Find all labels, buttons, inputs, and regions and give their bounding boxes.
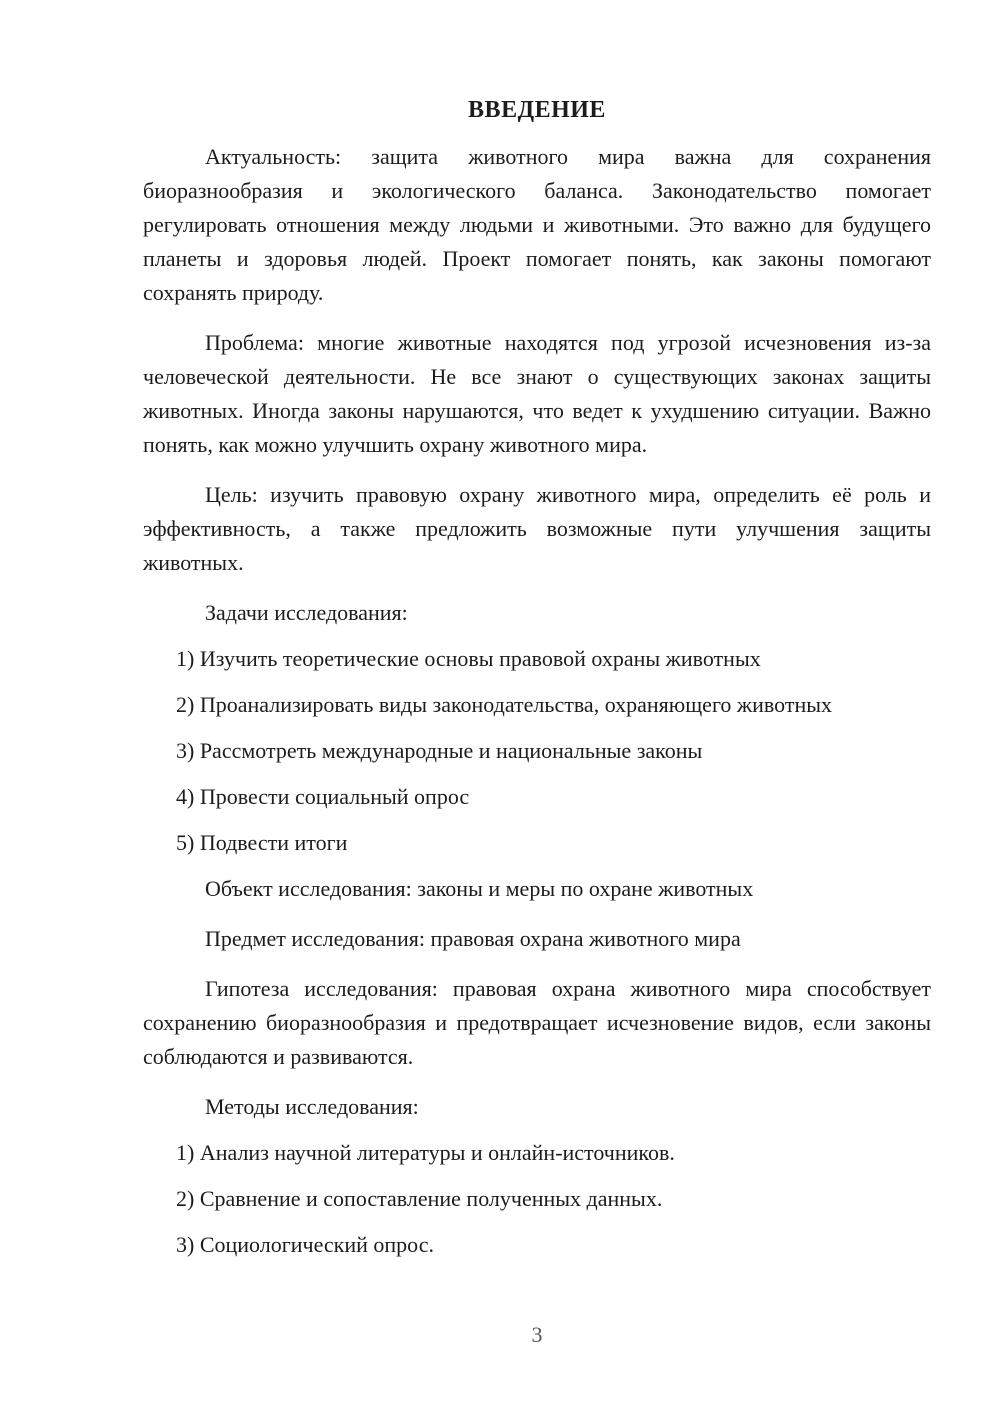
paragraph-predmet: Предмет исследования: правовая охрана жи… bbox=[143, 922, 931, 956]
zadachi-item-3: 3) Рассмотреть международные и националь… bbox=[143, 734, 931, 768]
metody-item-1: 1) Анализ научной литературы и онлайн-ис… bbox=[143, 1136, 931, 1170]
page-title: ВВЕДЕНИЕ bbox=[143, 96, 931, 124]
zadachi-item-2: 2) Проанализировать виды законодательств… bbox=[143, 688, 931, 722]
zadachi-item-5: 5) Подвести итоги bbox=[143, 826, 931, 860]
paragraph-gipoteza: Гипотеза исследования: правовая охрана ж… bbox=[143, 972, 931, 1074]
zadachi-item-1: 1) Изучить теоретические основы правовой… bbox=[143, 642, 931, 676]
page-number: 3 bbox=[143, 1322, 931, 1348]
paragraph-problema: Проблема: многие животные находятся под … bbox=[143, 326, 931, 462]
document-page: ВВЕДЕНИЕ Актуальность: защита животного … bbox=[0, 0, 1000, 1414]
paragraph-tsel: Цель: изучить правовую охрану животного … bbox=[143, 478, 931, 580]
metody-heading: Методы исследования: bbox=[143, 1090, 931, 1124]
paragraph-aktualnost: Актуальность: защита животного мира важн… bbox=[143, 140, 931, 310]
metody-item-3: 3) Социологический опрос. bbox=[143, 1228, 931, 1262]
metody-item-2: 2) Сравнение и сопоставление полученных … bbox=[143, 1182, 931, 1216]
paragraph-obekt: Объект исследования: законы и меры по ох… bbox=[143, 872, 931, 906]
zadachi-heading: Задачи исследования: bbox=[143, 596, 931, 630]
document-content: ВВЕДЕНИЕ Актуальность: защита животного … bbox=[143, 96, 931, 1274]
zadachi-item-4: 4) Провести социальный опрос bbox=[143, 780, 931, 814]
